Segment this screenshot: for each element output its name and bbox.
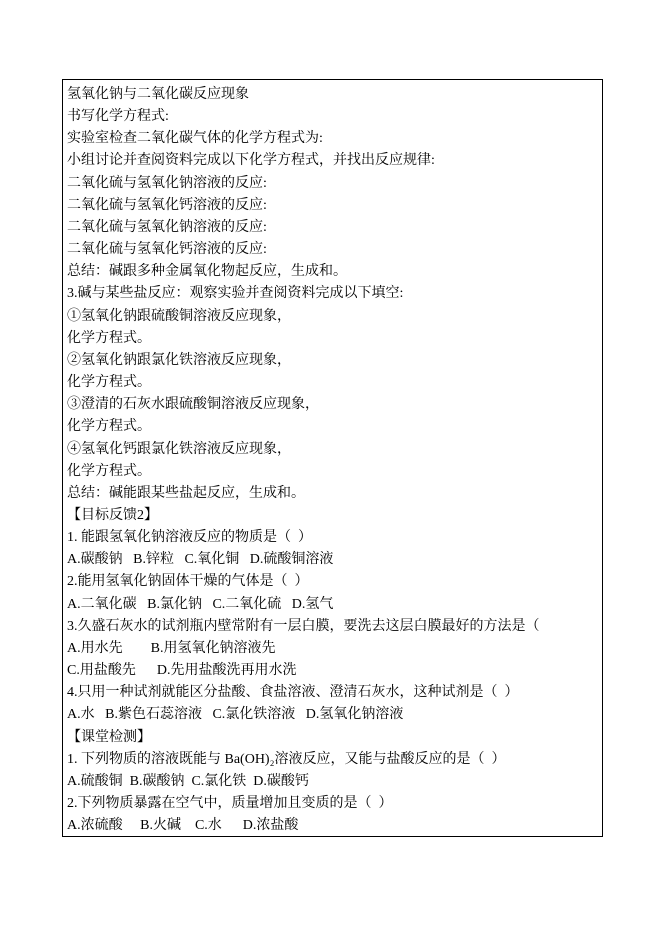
question-3-feedback: 3.久盛石灰水的试剂瓶内壁常附有一层白膜，要洗去这层白膜最好的方法是（ — [67, 616, 599, 638]
check-question-1-options: A.硫酸铜 B.碳酸钠 C.氯化铁 D.碳酸钙 — [67, 771, 599, 793]
line-equation-blank-3: 化学方程式。 — [67, 416, 599, 438]
line-summary-salts: 总结：碱能跟某些盐起反应，生成和。 — [67, 483, 599, 505]
line-group-discussion: 小组讨论并查阅资料完成以下化学方程式，并找出反应规律: — [67, 150, 599, 172]
check-question-2: 2.下列物质暴露在空气中，质量增加且变质的是（ ） — [67, 793, 599, 815]
question-4-options: A.水 B.紫色石蕊溶液 C.氯化铁溶液 D.氢氧化钠溶液 — [67, 704, 599, 726]
line-so2-naoh-reaction: 二氧化硫与氢氧化钠溶液的反应: — [67, 173, 599, 195]
question-1-options: A.碳酸钠 B.锌粒 C.氧化铜 D.硫酸铜溶液 — [67, 549, 599, 571]
check-question-2-options: A.浓硫酸 B.火碱 C.水 D.浓盐酸 — [67, 815, 599, 836]
worksheet-cell[interactable]: 氢氧化钠与二氧化碳反应现象 书写化学方程式: 实验室检查二氧化碳气体的化学方程式… — [63, 80, 602, 836]
line-summary-metal-oxides: 总结：碱跟多种金属氧化物起反应，生成和。 — [67, 261, 599, 283]
check-question-1: 1. 下列物质的溶液既能与 Ba(OH)₂溶液反应，又能与盐酸反应的是（ ） — [67, 749, 599, 771]
line-item-2-naoh-fecl3: ②氢氧化钠跟氯化铁溶液反应现象， — [67, 350, 599, 372]
line-so2-naoh-reaction-2: 二氧化硫与氢氧化钠溶液的反应: — [67, 217, 599, 239]
line-equation-blank-4: 化学方程式。 — [67, 461, 599, 483]
question-4-feedback: 4.只用一种试剂就能区分盐酸、食盐溶液、澄清石灰水，这种试剂是（ ） — [67, 682, 599, 704]
question-3-options-cd: C.用盐酸先 D.先用盐酸洗再用水洗 — [67, 660, 599, 682]
heading-classroom-check: 【课堂检测】 — [67, 727, 599, 749]
question-2-options: A.二氧化碳 B.氯化钠 C.二氧化硫 D.氢气 — [67, 594, 599, 616]
line-so2-caoh2-reaction: 二氧化硫与氢氧化钙溶液的反应: — [67, 195, 599, 217]
line-item-3-limewater-cuso4: ③澄清的石灰水跟硫酸铜溶液反应现象， — [67, 394, 599, 416]
question-3-options-ab: A.用水先 B.用氢氧化钠溶液先 — [67, 638, 599, 660]
question-1-feedback: 1. 能跟氢氧化钠溶液反应的物质是（ ） — [67, 527, 599, 549]
line-equation-blank-2: 化学方程式。 — [67, 372, 599, 394]
line-reaction-phenomenon-title: 氢氧化钠与二氧化碳反应现象 — [67, 84, 599, 106]
line-write-equation: 书写化学方程式: — [67, 106, 599, 128]
line-equation-blank-1: 化学方程式。 — [67, 328, 599, 350]
worksheet-table: 氢氧化钠与二氧化碳反应现象 书写化学方程式: 实验室检查二氧化碳气体的化学方程式… — [62, 79, 603, 837]
line-lab-check-co2: 实验室检查二氧化碳气体的化学方程式为: — [67, 128, 599, 150]
question-2-feedback: 2.能用氢氧化钠固体干燥的气体是（ ） — [67, 571, 599, 593]
line-section-3-salts: 3.碱与某些盐反应：观察实验并查阅资料完成以下填空: — [67, 283, 599, 305]
document-page: 氢氧化钠与二氧化碳反应现象 书写化学方程式: 实验室检查二氧化碳气体的化学方程式… — [0, 0, 661, 935]
line-so2-caoh2-reaction-2: 二氧化硫与氢氧化钙溶液的反应: — [67, 239, 599, 261]
line-item-1-naoh-cuso4: ①氢氧化钠跟硫酸铜溶液反应现象， — [67, 306, 599, 328]
heading-target-feedback-2: 【目标反馈2】 — [67, 505, 599, 527]
line-item-4-caoh2-fecl3: ④氢氧化钙跟氯化铁溶液反应现象， — [67, 439, 599, 461]
